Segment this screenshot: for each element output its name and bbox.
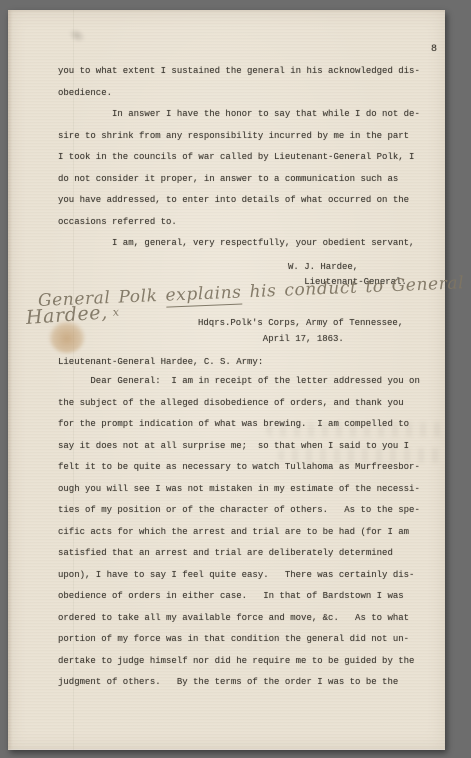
typed-line: judgment of others. By the terms of the …: [58, 672, 420, 694]
typed-line: the subject of the alleged disobedience …: [58, 393, 420, 415]
typed-line: ough you will see I was not mistaken in …: [58, 479, 420, 501]
typed-line: obedience of orders in either case. In t…: [58, 586, 420, 608]
typed-line: I am, general, very respectfully, your o…: [58, 233, 420, 255]
typed-line: you to what extent I sustained the gener…: [58, 61, 420, 83]
page-number: 8: [431, 44, 437, 55]
typed-line: satisfied that an arrest and trial are d…: [58, 543, 420, 565]
typed-line: cific acts for which the arrest and tria…: [58, 522, 420, 544]
ink-bleedthrough: [266, 422, 446, 437]
first-letter-body: you to what extent I sustained the gener…: [58, 61, 420, 255]
typed-line: ordered to take all my available force a…: [58, 608, 420, 630]
annotation-text: his conduct to General: [241, 273, 464, 302]
typed-line: In answer I have the honor to say that w…: [58, 104, 420, 126]
letterhead-block: Hdqrs.Polk's Corps, Army of Tennessee, A…: [198, 315, 403, 347]
typed-line: you have addressed, to enter into detail…: [58, 190, 420, 212]
letterhead-line: Hdqrs.Polk's Corps, Army of Tennessee,: [198, 315, 403, 331]
typed-line: sire to shrink from any responsibility i…: [58, 126, 420, 148]
typed-line: occasions referred to.: [58, 212, 420, 234]
typed-line: Dear General: I am in receipt of the let…: [58, 371, 420, 393]
typed-line: ties of my position or of the character …: [58, 500, 420, 522]
typed-line: I took in the councils of war called by …: [58, 147, 420, 169]
signature-line: W. J. Hardee,: [288, 260, 407, 275]
smudge-mark: [66, 26, 88, 46]
typed-line: obedience.: [58, 83, 420, 105]
scan-background: { "page": { "number": "8", "background_c…: [0, 0, 471, 758]
typed-line: do not consider it proper, in answer to …: [58, 169, 420, 191]
typed-line: dertake to judge himself nor did he requ…: [58, 651, 420, 673]
annotation-underlined-word: explains: [165, 282, 242, 307]
annotation-check-mark: x: [112, 305, 120, 318]
paper-stain: [49, 321, 85, 353]
letterhead-line: April 17, 1863.: [198, 331, 403, 347]
letter-page: 8 you to what extent I sustained the gen…: [8, 10, 445, 750]
typed-line: portion of my force was in that conditio…: [58, 629, 420, 651]
salutation-line: Lieutenant-General Hardee, C. S. Army:: [58, 357, 263, 367]
ink-bleedthrough: [278, 448, 446, 463]
second-letter-body: Dear General: I am in receipt of the let…: [58, 371, 420, 694]
typed-line: upon), I have to say I feel quite easy. …: [58, 565, 420, 587]
